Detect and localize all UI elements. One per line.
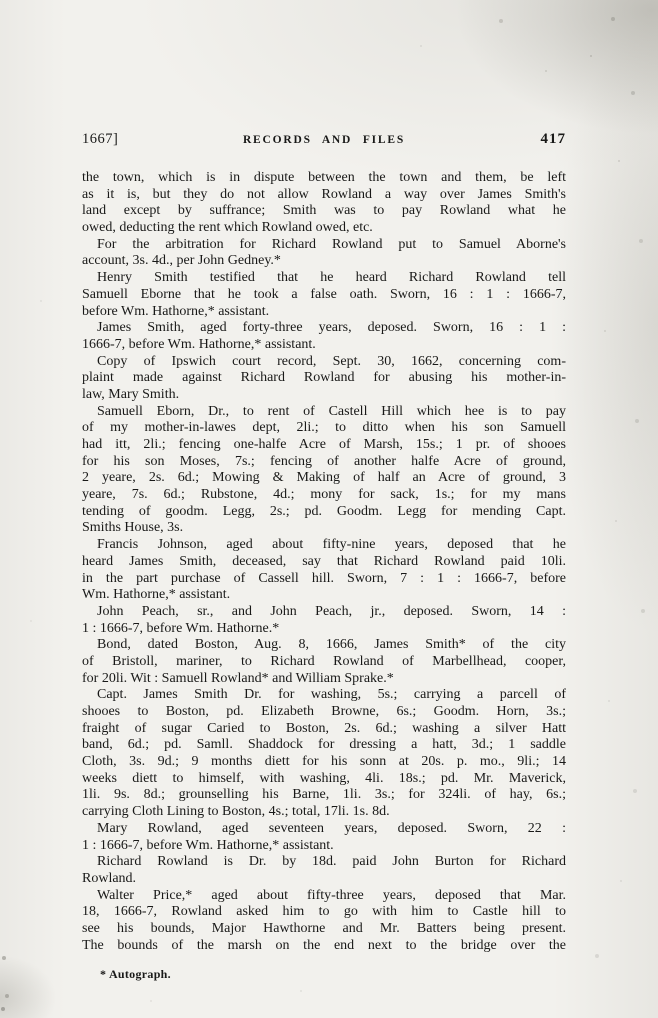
text-line: law, Mary Smith. [82,387,566,404]
text-line: Cloth, 3s. 9d.; 9 months diett for his s… [82,754,566,771]
text-line: Copy of Ipswich court record, Sept. 30, … [82,354,566,371]
text-line: carrying Cloth Lining to Boston, 4s.; to… [82,804,566,821]
text-line: John Peach, sr., and John Peach, jr., de… [82,604,566,621]
header-title: RECORDS AND FILES [243,132,405,149]
text-line: 1666-7, before Wm. Hathorne,* assistant. [82,337,566,354]
text-line: James Smith, aged forty-three years, dep… [82,320,566,337]
text-line: Henry Smith testified that he heard Rich… [82,270,566,287]
header-page-number: 417 [405,131,566,148]
text-line: plaint made against Richard Rowland for … [82,370,566,387]
text-line: band, 6d.; pd. Samll. Shaddock for dress… [82,737,566,754]
running-header: 1667] RECORDS AND FILES 417 [82,131,566,149]
text-line: 1 : 1666-7, before Wm. Hathorne,* assist… [82,838,566,855]
text-line: in the part purchase of Cassell hill. Sw… [82,571,566,588]
text-line: owed, deducting the rent which Rowland o… [82,220,566,237]
text-line: fraight of sugar Caried to Boston, 2s. 6… [82,721,566,738]
text-line: heard James Smith, deceased, say that Ri… [82,554,566,571]
text-line: 1li. 9s. 8d.; grounselling his Barne, 1l… [82,787,566,804]
text-line: Bond, dated Boston, Aug. 8, 1666, James … [82,637,566,654]
text-line: for his son Moses, 7s.; fencing of anoth… [82,454,566,471]
text-line: Wm. Hathorne,* assistant. [82,587,566,604]
text-line: Richard Rowland is Dr. by 18d. paid John… [82,854,566,871]
text-line: Samuell Eborn, Dr., to rent of Castell H… [82,404,566,421]
text-line: Mary Rowland, aged seventeen years, depo… [82,821,566,838]
text-line: account, 3s. 4d., per John Gedney.* [82,253,566,270]
text-line: for 20li. Wit : Samuell Rowland* and Wil… [82,671,566,688]
text-line: Samuell Eborne that he took a false oath… [82,287,566,304]
text-line: as it is, but they do not allow Rowland … [82,187,566,204]
text-line: For the arbitration for Richard Rowland … [82,237,566,254]
text-line: land except by suffrance; Smith was to p… [82,203,566,220]
text-line: tending of goodm. Legg, 2s.; pd. Goodm. … [82,504,566,521]
footnote-text: * Autograph. [100,967,171,981]
text-line: see his bounds, Major Hawthorne and Mr. … [82,921,566,938]
text-line: had itt, 2li.; fencing one-halfe Acre of… [82,437,566,454]
text-line: 18, 1666-7, Rowland asked him to go with… [82,904,566,921]
text-line: weeks diett to himself, with washing, 4l… [82,771,566,788]
body-text: the town, which is in dispute between th… [82,170,566,954]
text-line: Smiths House, 3s. [82,520,566,537]
text-line: 2 yeare, 2s. 6d.; Mowing & Making of hal… [82,470,566,487]
text-line: Rowland. [82,871,566,888]
footnote: * Autograph. [82,967,566,982]
text-line: yeare, 7s. 6d.; Rubstone, 4d.; mony for … [82,487,566,504]
scanned-book-page: 1667] RECORDS AND FILES 417 the town, wh… [0,0,658,1018]
text-line: the town, which is in dispute between th… [82,170,566,187]
text-line: before Wm. Hathorne,* assistant. [82,304,566,321]
header-year: 1667] [82,131,243,148]
text-line: The bounds of the marsh on the end next … [82,938,566,955]
text-line: shooes to Boston, pd. Elizabeth Browne, … [82,704,566,721]
text-line: Francis Johnson, aged about fifty-nine y… [82,537,566,554]
page-content: 1667] RECORDS AND FILES 417 the town, wh… [82,131,566,982]
text-line: 1 : 1666-7, before Wm. Hathorne.* [82,621,566,638]
text-line: Walter Price,* aged about fifty-three ye… [82,888,566,905]
text-line: of Bristoll, mariner, to Richard Rowland… [82,654,566,671]
text-line: Capt. James Smith Dr. for washing, 5s.; … [82,687,566,704]
text-line: of my mother-in-lawes dept, 2li.; to dit… [82,420,566,437]
scan-specks [0,0,2,2]
